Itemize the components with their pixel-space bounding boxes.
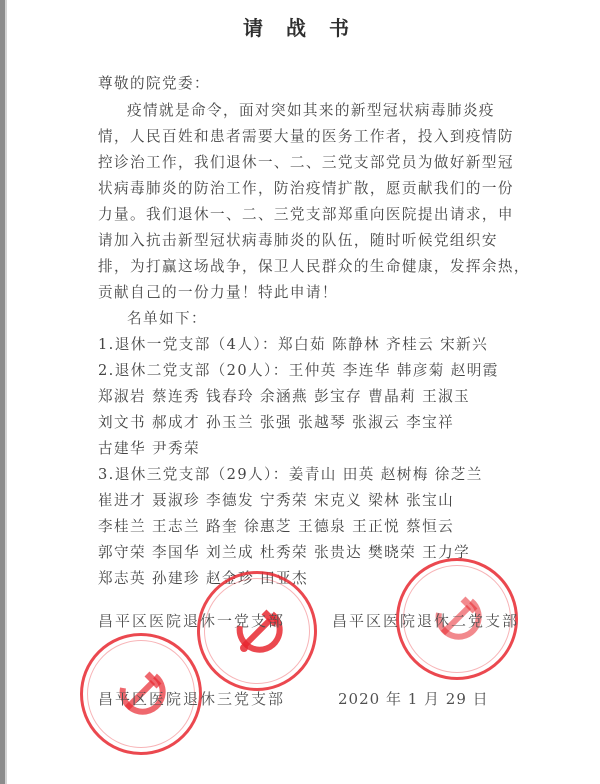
list-line: 1.退休一党支部（4人）：郑白茹 陈静林 齐桂云 宋新兴 xyxy=(98,335,488,355)
body-line: 贡献自己的一份力量！特此申请！ xyxy=(98,283,338,303)
document-date: 2020 年 1 月 29 日 xyxy=(338,688,489,709)
body-line: 请加入抗击新型冠状病毒肺炎的队伍，随时听候党组织安 xyxy=(98,231,498,251)
body-line: 情，人民百姓和患者需要大量的医务工作者，投入到疫情防 xyxy=(98,127,514,147)
signature-branch-2: 昌平区医院退休二党支部 xyxy=(332,610,519,631)
signature-branch-3: 昌平区医院退休三党支部 xyxy=(98,688,285,709)
body-line: 力量。我们退休一、二、三党支部郑重向医院提出请求，申 xyxy=(98,205,514,225)
list-line: 崔进才 聂淑珍 李德发 宁秀荣 宋克义 梁林 张宝山 xyxy=(98,491,454,511)
list-line: 郭守荣 李国华 刘兰成 杜秀荣 张贵达 樊晓荣 王力学 xyxy=(98,543,470,563)
body-line: 控诊治工作，我们退休一、二、三党支部党员为做好新型冠 xyxy=(98,153,514,173)
body-line: 状病毒肺炎的防治工作，防治疫情扩散，愿贡献我们的一份 xyxy=(98,179,514,199)
list-line: 刘文书 郝成才 孙玉兰 张强 张越琴 张淑云 李宝祥 xyxy=(98,413,454,433)
list-line: 李桂兰 王志兰 路奎 徐惠芝 王德泉 王正悦 蔡恒云 xyxy=(98,517,454,537)
body-line: 排，为打赢这场战争，保卫人民群众的生命健康，发挥余热， xyxy=(98,257,530,277)
signature-branch-1: 昌平区医院退休一党支部 xyxy=(98,610,285,631)
list-line: 2.退休二党支部（20人）：王仲英 李连华 韩彦菊 赵明霞 xyxy=(98,361,499,381)
salutation: 尊敬的院党委： xyxy=(98,74,210,94)
body-line: 疫情就是命令，面对突如其来的新型冠状病毒肺炎疫 xyxy=(127,101,495,121)
list-line: 3.退休三党支部（29人）：姜青山 田英 赵树梅 徐芝兰 xyxy=(98,465,483,485)
list-heading: 名单如下： xyxy=(127,309,207,329)
document-title: 请 战 书 xyxy=(0,12,600,41)
hammer-sickle-icon xyxy=(200,574,314,688)
page-left-border-shadow xyxy=(5,0,7,784)
list-line: 古建华 尹秀荣 xyxy=(98,439,200,459)
party-seal-stamp-branch-1 xyxy=(197,571,317,691)
list-line: 郑淑岩 蔡连秀 钱春玲 余涵燕 彭宝存 曹晶莉 王淑玉 xyxy=(98,387,470,407)
